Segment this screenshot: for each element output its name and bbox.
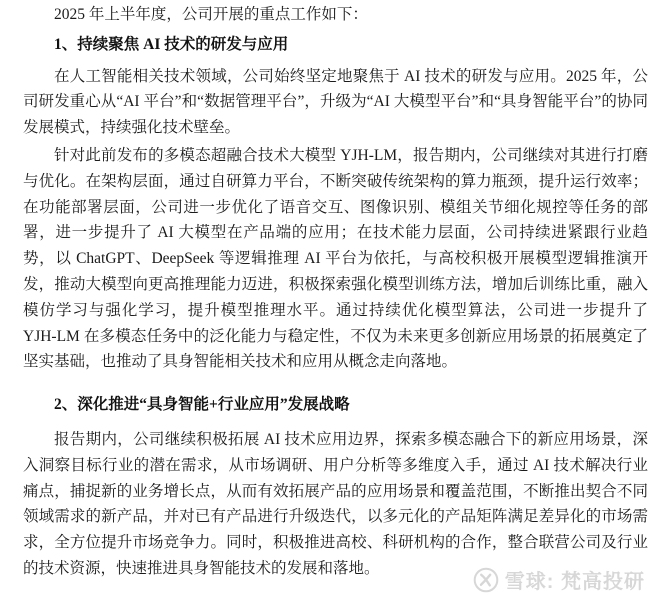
section-1-paragraph-1: 在人工智能相关技术领域，公司始终坚定地聚焦于 AI 技术的研发与应用。2025 … <box>23 64 648 141</box>
xueqiu-logo-icon <box>473 567 499 593</box>
document-page: 2025 年上半年度，公司开展的重点工作如下： 1、持续聚焦 AI 技术的研发与… <box>0 0 660 601</box>
section-1-paragraph-2: 针对此前发布的多模态超融合技术大模型 YJH-LM，报告期内，公司继续对其进行打… <box>23 143 648 375</box>
section-2-heading: 2、深化推进“具身智能+行业应用”发展战略 <box>23 392 648 418</box>
watermark: 雪球: 梵高投研 <box>473 565 645 594</box>
intro-paragraph: 2025 年上半年度，公司开展的重点工作如下： <box>23 2 648 28</box>
section-2-paragraph-1: 报告期内，公司继续积极拓展 AI 技术应用边界，探索多模态融合下的新应用场景，深… <box>23 427 648 582</box>
section-1-heading: 1、持续聚焦 AI 技术的研发与应用 <box>23 32 648 58</box>
watermark-text: 雪球: 梵高投研 <box>505 565 645 594</box>
